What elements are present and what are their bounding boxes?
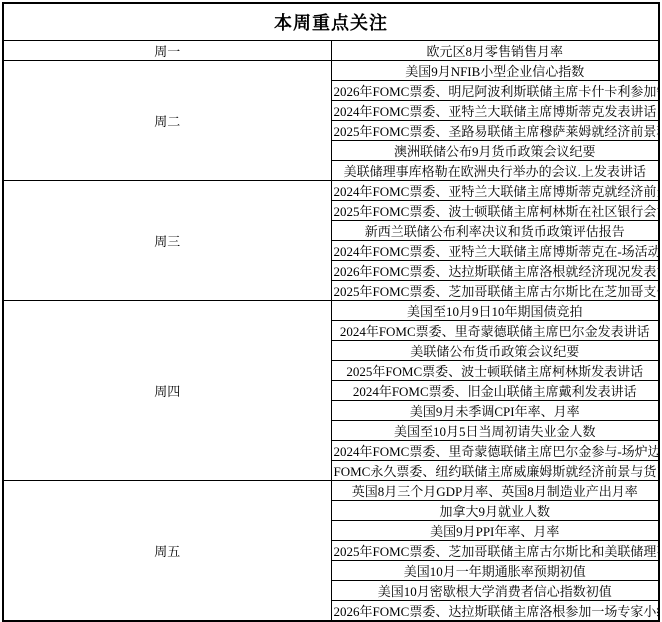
page-title: 本周重点关注 bbox=[3, 3, 659, 41]
event-cell: 欧元区8月零售销售月率 bbox=[331, 41, 659, 61]
event-cell: 2024年FOMC票委、亚特兰大联储主席博斯蒂克在-场活动.上致欢迎词 bbox=[331, 241, 659, 261]
event-cell: 2025年FOMC票委、波士顿联储主席柯林斯发表讲话 bbox=[331, 361, 659, 381]
event-cell: 美国9月PPI年率、月率 bbox=[331, 521, 659, 541]
event-cell: 新西兰联储公布利率决议和货币政策评估报告 bbox=[331, 221, 659, 241]
table-row: 周三 2024年FOMC票委、亚特兰大联储主席博斯蒂克就经济前景发表讲话 bbox=[3, 181, 659, 201]
day-label-tuesday: 周二 bbox=[3, 61, 331, 181]
event-cell: 2026年FOMC票委、达拉斯联储主席洛根参加一场专家小组讨论 bbox=[331, 601, 659, 622]
event-cell: 美国至10月5日当周初请失业金人数 bbox=[331, 421, 659, 441]
event-cell: 美国9月NFIB小型企业信心指数 bbox=[331, 61, 659, 81]
day-label-monday: 周一 bbox=[3, 41, 331, 61]
event-cell: 2024年FOMC票委、亚特兰大联储主席博斯蒂克就经济前景发表讲话 bbox=[331, 181, 659, 201]
day-label-friday: 周五 bbox=[3, 481, 331, 622]
event-cell: FOMC永久票委、纽约联储主席威廉姆斯就经济前景与货币政策发表讲话并参与讨论 bbox=[331, 461, 659, 481]
weekly-focus-table: 本周重点关注 周一 欧元区8月零售销售月率 周二 美国9月NFIB小型企业信心指… bbox=[2, 2, 660, 622]
event-cell: 美联储公布货币政策会议纪要 bbox=[331, 341, 659, 361]
event-cell: 澳洲联储公布9月货币政策会议纪要 bbox=[331, 141, 659, 161]
event-cell: 2024年FOMC票委、亚特兰大联储主席博斯蒂克发表讲话 bbox=[331, 101, 659, 121]
event-cell: 美国9月未季调CPI年率、月率 bbox=[331, 401, 659, 421]
day-label-wednesday: 周三 bbox=[3, 181, 331, 301]
weekly-focus-page: 本周重点关注 周一 欧元区8月零售销售月率 周二 美国9月NFIB小型企业信心指… bbox=[0, 0, 662, 597]
table-row: 周二 美国9月NFIB小型企业信心指数 bbox=[3, 61, 659, 81]
event-cell: 2025年FOMC票委、芝加哥联储主席古尔斯比和美联储理事鲍曼参加第18届社区银… bbox=[331, 541, 659, 561]
event-cell: 加拿大9月就业人数 bbox=[331, 501, 659, 521]
event-cell: 英国8月三个月GDP月率、英国8月制造业产出月率 bbox=[331, 481, 659, 501]
day-label-thursday: 周四 bbox=[3, 301, 331, 481]
event-cell: 美联储理事库格勒在欧洲央行举办的会议.上发表讲话 bbox=[331, 161, 659, 181]
title-row: 本周重点关注 bbox=[3, 3, 659, 41]
event-cell: 2025年FOMC票委、圣路易联储主席穆萨莱姆就经济前景和货币政策发表讲话 bbox=[331, 121, 659, 141]
event-cell: 2024年FOMC票委、旧金山联储主席戴利发表讲话 bbox=[331, 381, 659, 401]
event-cell: 2025年FOMC票委、波士顿联储主席柯林斯在社区银行会议上发表讲话 bbox=[331, 201, 659, 221]
table-row: 周一 欧元区8月零售销售月率 bbox=[3, 41, 659, 61]
event-cell: 美国10月密歇根大学消费者信心指数初值 bbox=[331, 581, 659, 601]
event-cell: 2026年FOMC票委、达拉斯联储主席洛根就经济现况发表讲话 bbox=[331, 261, 659, 281]
event-cell: 美国10月一年期通胀率预期初值 bbox=[331, 561, 659, 581]
event-cell: 2024年FOMC票委、里奇蒙德联储主席巴尔金参与-场炉边谈话 bbox=[331, 441, 659, 461]
table-row: 周五 英国8月三个月GDP月率、英国8月制造业产出月率 bbox=[3, 481, 659, 501]
event-cell: 2024年FOMC票委、里奇蒙德联储主席巴尔金发表讲话 bbox=[331, 321, 659, 341]
table-row: 周四 美国至10月9日10年期国债竞拍 bbox=[3, 301, 659, 321]
event-cell: 美国至10月9日10年期国债竞拍 bbox=[331, 301, 659, 321]
event-cell: 2026年FOMC票委、明尼阿波利斯联储主席卡什卡利参加银行控股公司协会的秋季研… bbox=[331, 81, 659, 101]
event-cell: 2025年FOMC票委、芝加哥联储主席古尔斯比在芝加哥支付研讨会致开幕词 bbox=[331, 281, 659, 301]
